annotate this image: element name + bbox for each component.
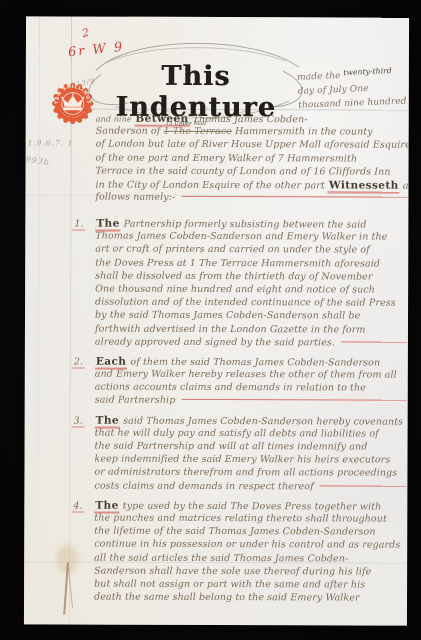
handwriting-line: The said Thomas James Cobden-Sanderson h… — [95, 414, 407, 428]
handwriting-line: Sanderson of 1 The Terrace15 Upper Mall … — [96, 126, 408, 140]
handwriting-line: said Partnership — [95, 395, 407, 409]
handwriting-line: Thomas James Cobden-Sanderson and Emery … — [95, 231, 407, 245]
pencil-annotation-margin-2: 993b — [25, 155, 50, 167]
paragraphs: The Partnership formerly subsisting betw… — [94, 205, 407, 606]
handwriting-line: Sanderson shall have the sole use thereo… — [94, 565, 406, 579]
paragraph: Each of them the said Thomas James Cobde… — [95, 355, 407, 409]
indenture-document: 2 6r W 9 13/9 1.9.6.7. 1 993b TEN SHILLI… — [24, 16, 409, 625]
handwriting-line: and nine Between Thomas James Cobden- — [96, 113, 408, 127]
opening-text: and nine Between Thomas James Cobden-San… — [95, 113, 407, 206]
red-filler-rule — [341, 341, 407, 342]
paragraph: The said Thomas James Cobden-Sanderson h… — [94, 414, 406, 494]
red-filler-rule — [181, 399, 406, 401]
handwriting-line: by the said Thomas James Cobden-Sanderso… — [95, 310, 407, 324]
handwriting-line: all the said articles the said Thomas Ja… — [94, 552, 406, 566]
paragraph-number: 3. — [72, 415, 85, 427]
handwriting-line: art or craft of printers and carried on … — [95, 244, 407, 258]
handwriting-line: of London but late of River House Upper … — [96, 139, 408, 153]
handwriting-line: the lifetime of the said Thomas James Co… — [94, 526, 406, 540]
handwriting-line: actions accounts claims and demands in r… — [95, 382, 407, 396]
inserted-correction: 15 Upper Mall — [166, 121, 207, 127]
handwriting-line: already approved and signed by the said … — [95, 336, 407, 350]
handwriting-line: continue in his possession or under his … — [94, 539, 406, 553]
handwriting-line: One thousand nine hundred and eight and … — [95, 284, 407, 298]
handwriting-line: The Partnership formerly subsisting betw… — [95, 218, 407, 232]
handwriting-line: forthwith advertised in the London Gazet… — [95, 323, 407, 337]
handwriting-line: keep indemnified the said Emery Walker h… — [94, 454, 406, 468]
paragraph-number: 1. — [72, 218, 85, 230]
handwriting-line: that he will duly pay and satisfy all de… — [95, 427, 407, 441]
paper-stain — [52, 534, 82, 625]
paragraph: The Partnership formerly subsisting betw… — [95, 218, 407, 351]
red-pencil-annotation-top: 2 — [81, 26, 91, 40]
handwriting-line: death the same shall belong to the said … — [94, 592, 406, 606]
red-filler-rule — [320, 485, 407, 486]
pencil-annotation-margin-1: 1.9.6.7. 1 — [28, 138, 74, 147]
handwriting-line: and Emery Walker hereby releases the oth… — [95, 369, 407, 383]
handwriting-line: The type used by the said The Doves Pres… — [94, 499, 406, 513]
handwriting-line: the punches and matrices relating theret… — [94, 513, 406, 527]
paragraph: The type used by the said The Doves Pres… — [94, 499, 406, 606]
red-filler-rule — [181, 196, 407, 198]
handwriting-line: or administrators therefrom and from all… — [94, 467, 406, 481]
handwriting-line: dissolution and of the intended continua… — [95, 297, 407, 311]
handwriting-line: in the City of London Esquire of the oth… — [95, 179, 407, 193]
handwriting-line: costs claims and demands in respect ther… — [94, 480, 406, 494]
handwriting-line: Terrace in the said county of London and… — [95, 165, 407, 179]
handwriting-line: the said Partnership and will at all tim… — [95, 441, 407, 455]
handwriting-line: Each of them the said Thomas James Cobde… — [95, 355, 407, 369]
paragraph-number: 2. — [72, 356, 85, 368]
handwriting-line: but shall not assign or part with the sa… — [94, 578, 406, 592]
fold-crease-vertical-left — [37, 16, 40, 624]
paragraph-number: 4. — [71, 500, 84, 512]
date-block: made the twenty-thirdday of July Onethou… — [297, 68, 409, 115]
handwriting-line: the Doves Press at 1 The Terrace Hammers… — [95, 257, 407, 271]
handwriting-line: shall be dissolved as from the thirtieth… — [95, 270, 407, 284]
handwriting-line: of the one part and Emery Walker of 7 Ha… — [96, 152, 408, 166]
